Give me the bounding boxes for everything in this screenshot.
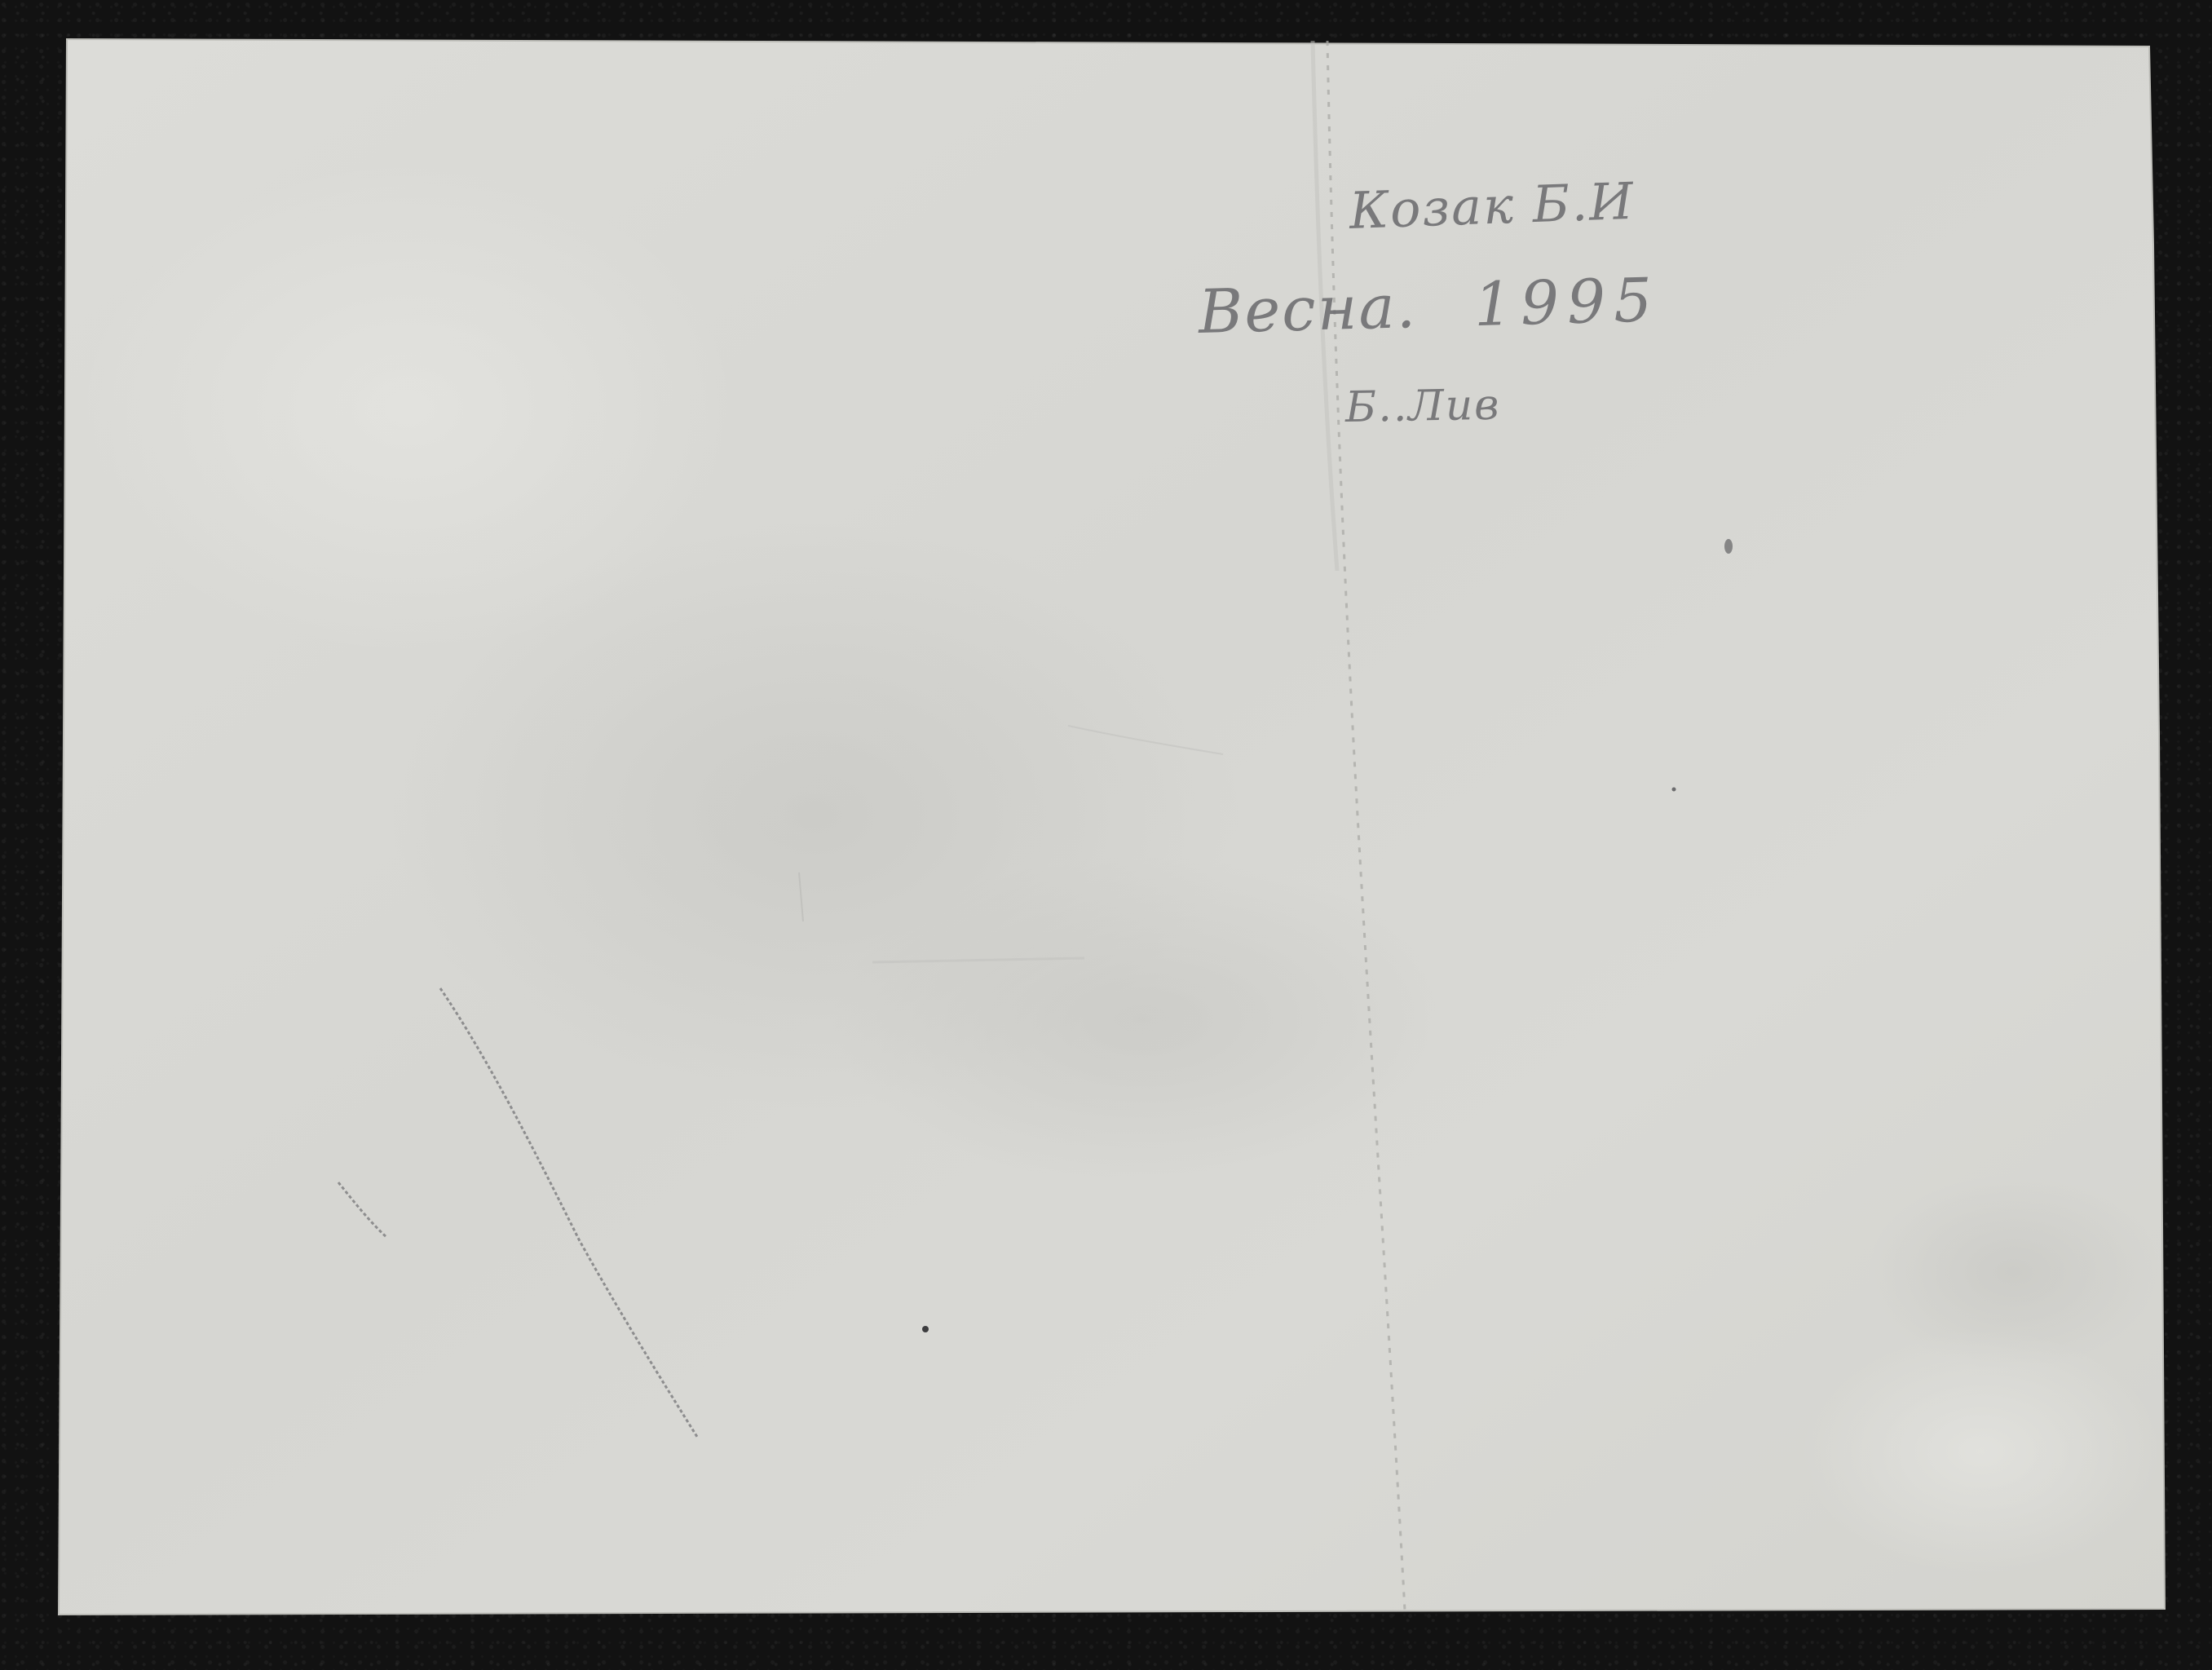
inscription-title-year: Весна.1995 bbox=[1198, 265, 1661, 347]
inscription-author-name: Козак Б.И bbox=[1349, 171, 1636, 241]
paper-sheet bbox=[0, 0, 2212, 1670]
inscription-title: Весна. bbox=[1198, 272, 1418, 347]
inscription-year: 1995 bbox=[1473, 265, 1662, 340]
inscription-note: Б..Лив bbox=[1344, 381, 1500, 432]
photo-scene: Козак Б.И Весна.1995 Б..Лив bbox=[0, 0, 2212, 1670]
